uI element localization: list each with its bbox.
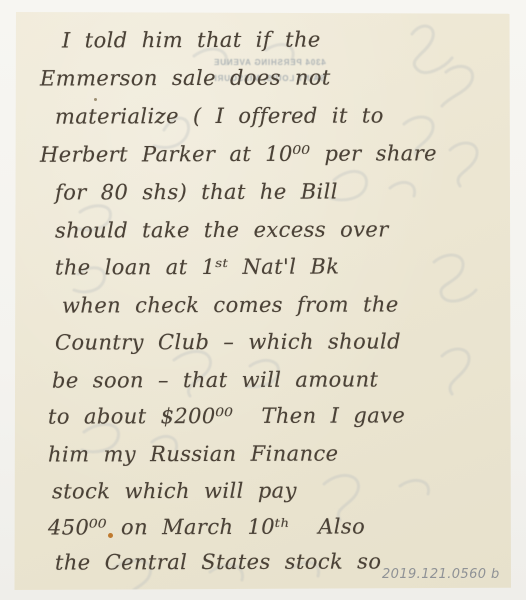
letter-line-6: should take the excess over — [55, 215, 389, 244]
letter-line-14: 450⁰⁰ on March 10ᵗʰ Also — [48, 512, 365, 541]
letter-line-3: materialize ( I offered it to — [55, 101, 384, 130]
letter-line-4: Herbert Parker at 10⁰⁰ per share — [40, 139, 437, 168]
letter-page: 4304 PERSHING AVENUE SAINT LOUIS, MISSOU… — [14, 12, 511, 590]
letter-line-1: I told him that if the — [62, 26, 321, 55]
paper-fleck — [108, 533, 113, 538]
letter-line-10: be soon – that will amount — [52, 365, 378, 394]
letter-line-12: him my Russian Finance — [48, 439, 339, 468]
paper-fleck — [94, 98, 97, 101]
letter-line-9: Country Club – which should — [55, 327, 401, 356]
letter-line-15: the Central States stock so — [55, 547, 381, 576]
catalog-number: 2019.121.0560 b — [382, 567, 500, 582]
letter-line-13: stock which will pay — [52, 477, 297, 506]
letter-line-5: for 80 shs) that he Bill — [55, 178, 338, 207]
letter-line-2: Emmerson sale does not — [40, 63, 331, 92]
letter-line-11: to about $200⁰⁰ Then I gave — [48, 401, 405, 430]
letter-line-7: the loan at 1ˢᵗ Nat'l Bk — [55, 253, 339, 282]
letter-line-8: when check comes from the — [62, 290, 399, 319]
